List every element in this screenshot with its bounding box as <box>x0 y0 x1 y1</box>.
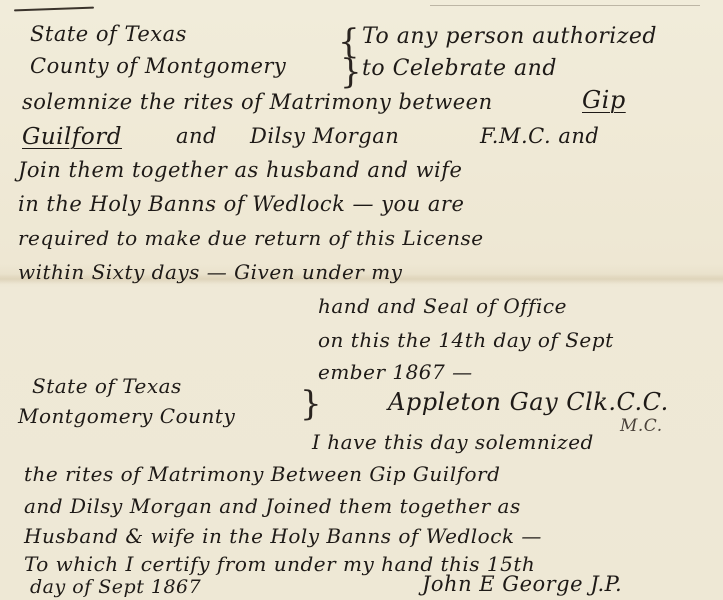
return-date-line: day of Sept 1867 <box>30 576 201 598</box>
fmc-designation: F.M.C. and <box>480 124 599 148</box>
brace-icon: } <box>300 384 322 424</box>
return-county-heading: Montgomery County <box>18 404 235 428</box>
ink-mark <box>14 7 94 12</box>
license-state-heading: State of Texas <box>30 22 187 46</box>
license-body-line: solemnize the rites of Matrimony between <box>22 90 493 114</box>
return-state-heading: State of Texas <box>32 374 182 398</box>
clerk-initials: M.C. <box>620 416 663 436</box>
license-address-line-2: to Celebrate and <box>362 56 557 81</box>
groom-first-name: Gip <box>582 86 626 114</box>
clerk-signature: Appleton Gay Clk.C.C. <box>388 388 669 416</box>
groom-last-name: Guilford <box>22 124 122 150</box>
license-address-line-1: To any person authorized <box>362 24 657 49</box>
license-body-line: in the Holy Banns of Wedlock — you are <box>18 192 464 216</box>
paper-edge-line <box>430 5 700 6</box>
return-body-line: the rites of Matrimony Between Gip Guilf… <box>24 462 500 486</box>
license-body-line: Join them together as husband and wife <box>18 158 462 182</box>
license-body-line: within Sixty days — Given under my <box>18 260 402 284</box>
license-body-line: hand and Seal of Office <box>318 294 567 318</box>
justice-signature: John E George J.P. <box>422 572 622 596</box>
license-date-line: on this the 14th day of Sept <box>318 328 614 352</box>
brace-icon: } <box>340 52 362 92</box>
license-date-line: ember 1867 — <box>318 360 473 384</box>
license-and-word: and <box>176 124 217 148</box>
license-county-heading: County of Montgomery <box>30 54 286 78</box>
license-body-line: required to make due return of this Lice… <box>18 226 484 250</box>
marriage-license-document: State of Texas County of Montgomery { } … <box>0 0 723 600</box>
return-body-line: and Dilsy Morgan and Joined them togethe… <box>24 494 521 518</box>
bride-name: Dilsy Morgan <box>250 124 399 148</box>
return-body-line: I have this day solemnized <box>312 430 594 454</box>
return-body-line: Husband & wife in the Holy Banns of Wedl… <box>24 524 542 548</box>
